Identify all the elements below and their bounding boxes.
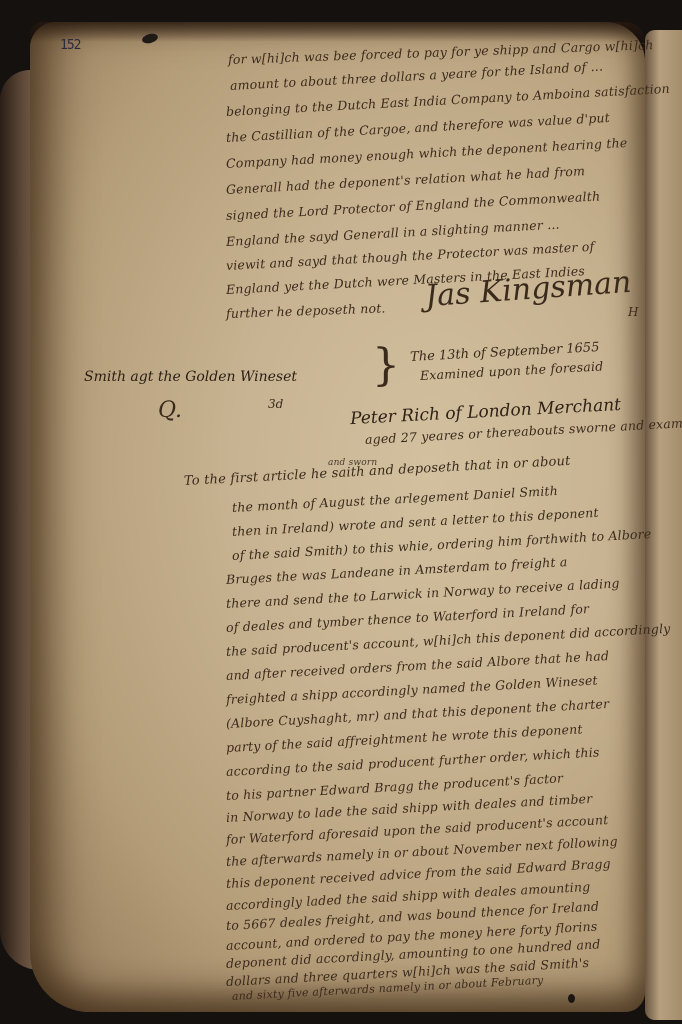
- case-heading: Smith agt the Golden Wineset: [84, 369, 297, 385]
- facing-page-edge: [645, 30, 682, 1020]
- margin-symbol: Q.: [158, 398, 182, 423]
- folio-number: 152: [60, 38, 80, 53]
- witness-ordinal: 3d: [268, 397, 283, 411]
- ink-spot-icon: [568, 994, 575, 1003]
- signature-mark: H: [628, 305, 638, 319]
- book-photo: 152 for w[hi]ch was bee forced to pay fo…: [0, 0, 682, 1024]
- page-worn-top: [30, 22, 645, 42]
- brace-mark: }: [372, 340, 400, 391]
